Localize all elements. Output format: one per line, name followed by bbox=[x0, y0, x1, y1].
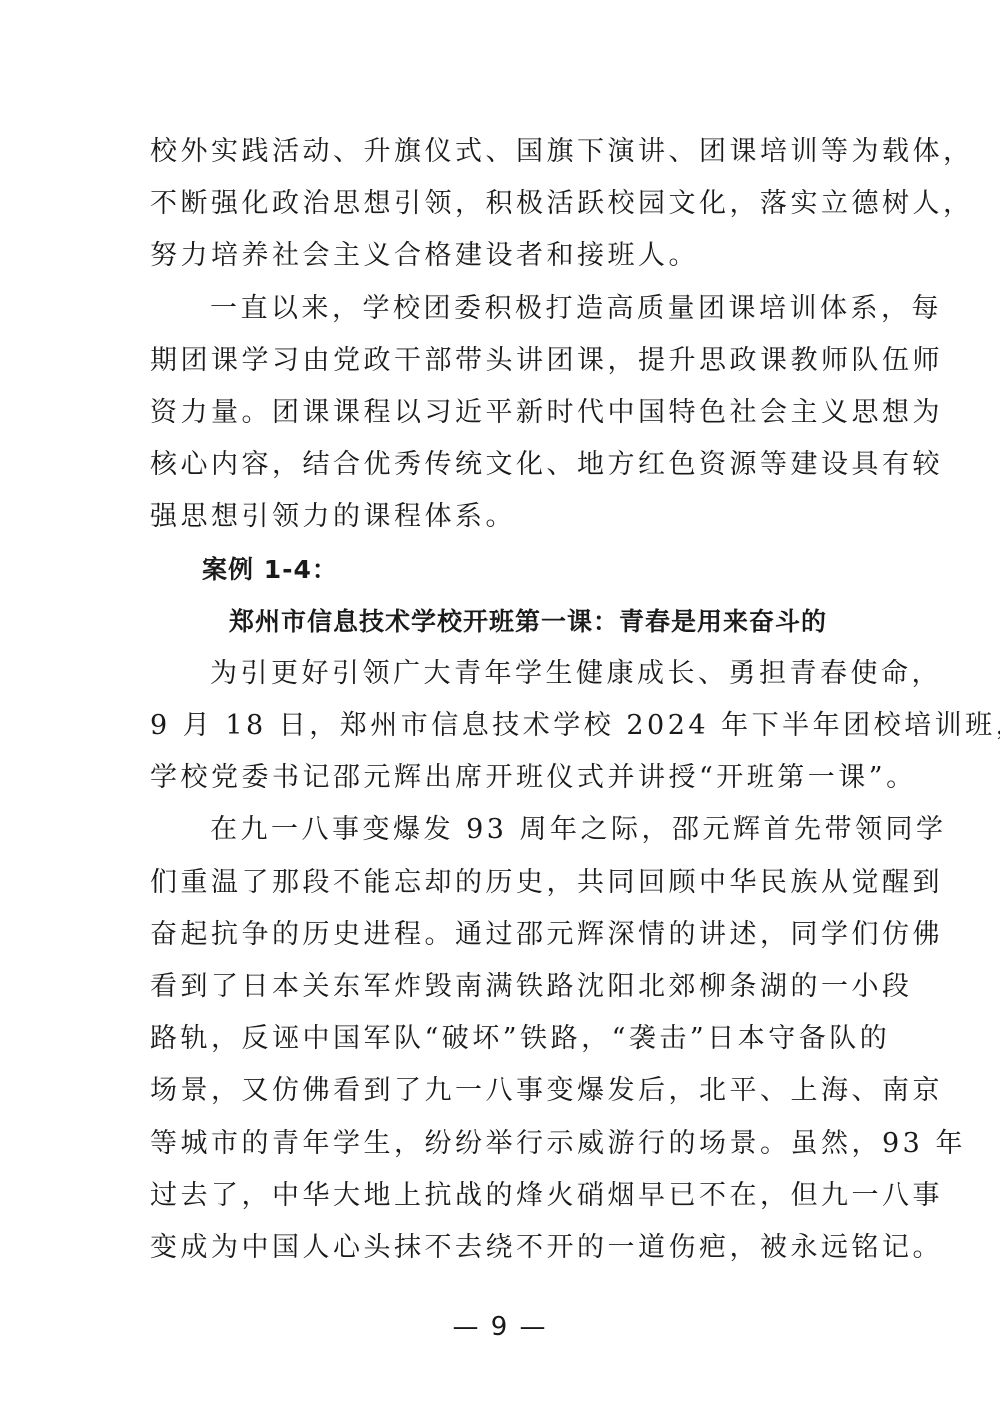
text-line: 们重温了那段不能忘却的历史，共同回顾中华民族从觉醒到 bbox=[150, 857, 856, 909]
paragraph-training-system: 一直以来，学校团委积极打造高质量团课培训体系，每 期团课学习由党政干部带头讲团课… bbox=[150, 283, 856, 544]
text-line: 核心内容，结合优秀传统文化、地方红色资源等建设具有较 bbox=[150, 439, 856, 491]
case-title: 郑州市信息技术学校开班第一课：青春是用来奋斗的 bbox=[180, 596, 876, 648]
text-line: 一直以来，学校团委积极打造高质量团课培训体系，每 bbox=[150, 283, 856, 335]
page-number: — 9 — bbox=[0, 1312, 1000, 1342]
text-line: 在九一八事变爆发 93 周年之际，邵元辉首先带领同学 bbox=[150, 804, 856, 856]
text-line: 变成为中国人心头抹不去绕不开的一道伤疤，被永远铭记。 bbox=[150, 1222, 856, 1274]
paragraph-history: 在九一八事变爆发 93 周年之际，邵元辉首先带领同学 们重温了那段不能忘却的历史… bbox=[150, 804, 856, 1274]
text-line: 路轨，反诬中国军队“破坏”铁路，“袭击”日本守备队的 bbox=[150, 1013, 856, 1065]
text-line: 等城市的青年学生，纷纷举行示威游行的场景。虽然，93 年 bbox=[150, 1118, 856, 1170]
text-line: 9 月 18 日，郑州市信息技术学校 2024 年下半年团校培训班， bbox=[150, 700, 856, 752]
text-line: 过去了，中华大地上抗战的烽火硝烟早已不在，但九一八事 bbox=[150, 1170, 856, 1222]
text-line: 学校党委书记邵元辉出席开班仪式并讲授“开班第一课”。 bbox=[150, 752, 856, 804]
text-line: 强思想引领力的课程体系。 bbox=[150, 491, 856, 543]
text-line: 看到了日本关东军炸毁南满铁路沈阳北郊柳条湖的一小段 bbox=[150, 961, 856, 1013]
text-line: 期团课学习由党政干部带头讲团课，提升思政课教师队伍师 bbox=[150, 335, 856, 387]
paragraph-continuation: 校外实践活动、升旗仪式、国旗下演讲、团课培训等为载体， 不断强化政治思想引领，积… bbox=[150, 126, 856, 283]
document-page: 校外实践活动、升旗仪式、国旗下演讲、团课培训等为载体， 不断强化政治思想引领，积… bbox=[150, 126, 856, 1274]
text-line: 场景，又仿佛看到了九一八事变爆发后，北平、上海、南京 bbox=[150, 1065, 856, 1117]
text-line: 为引更好引领广大青年学生健康成长、勇担青春使命， bbox=[150, 648, 856, 700]
text-line: 校外实践活动、升旗仪式、国旗下演讲、团课培训等为载体， bbox=[150, 126, 856, 178]
text-line: 资力量。团课课程以习近平新时代中国特色社会主义思想为 bbox=[150, 387, 856, 439]
case-label: 案例 1-4： bbox=[150, 544, 856, 596]
text-line: 努力培养社会主义合格建设者和接班人。 bbox=[150, 230, 856, 282]
text-line: 不断强化政治思想引领，积极活跃校园文化，落实立德树人， bbox=[150, 178, 856, 230]
text-line: 奋起抗争的历史进程。通过邵元辉深情的讲述，同学们仿佛 bbox=[150, 909, 856, 961]
paragraph-intro: 为引更好引领广大青年学生健康成长、勇担青春使命， 9 月 18 日，郑州市信息技… bbox=[150, 648, 856, 805]
